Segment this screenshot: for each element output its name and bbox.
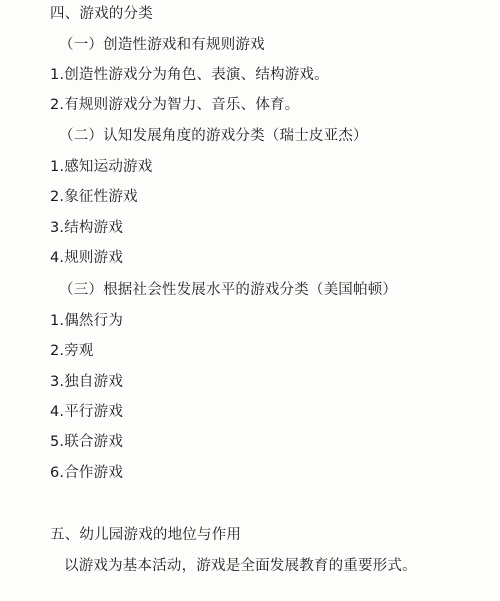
- list-item: 1.感知运动游戏: [50, 158, 152, 176]
- list-item: 1.偶然行为: [50, 312, 123, 330]
- list-item: 4.平行游戏: [50, 403, 123, 421]
- list-item: 1.创造性游戏分为角色、表演、结构游戏。: [50, 66, 329, 84]
- section-4-title: 四、游戏的分类: [50, 5, 153, 23]
- list-item: 2.旁观: [50, 342, 94, 360]
- list-item: 2.象征性游戏: [50, 188, 138, 206]
- subsection-2-heading: （二）认知发展角度的游戏分类（瑞士皮亚杰）: [59, 127, 368, 145]
- document-page: 四、游戏的分类 （一）创造性游戏和有规则游戏 1.创造性游戏分为角色、表演、结构…: [0, 0, 500, 601]
- section-5-paragraph: 以游戏为基本活动，游戏是全面发展教育的重要形式。: [64, 557, 417, 575]
- list-item: 4.规则游戏: [50, 249, 123, 267]
- section-5-title: 五、幼儿园游戏的地位与作用: [50, 526, 241, 544]
- list-item: 6.合作游戏: [50, 464, 123, 482]
- list-item: 2.有规则游戏分为智力、音乐、体育。: [50, 96, 299, 114]
- list-item: 3.独自游戏: [50, 373, 123, 391]
- subsection-3-heading: （三）根据社会性发展水平的游戏分类（美国帕顿）: [59, 281, 397, 299]
- list-item: 5.联合游戏: [50, 433, 123, 451]
- subsection-1-heading: （一）创造性游戏和有规则游戏: [59, 36, 265, 54]
- list-item: 3.结构游戏: [50, 219, 123, 237]
